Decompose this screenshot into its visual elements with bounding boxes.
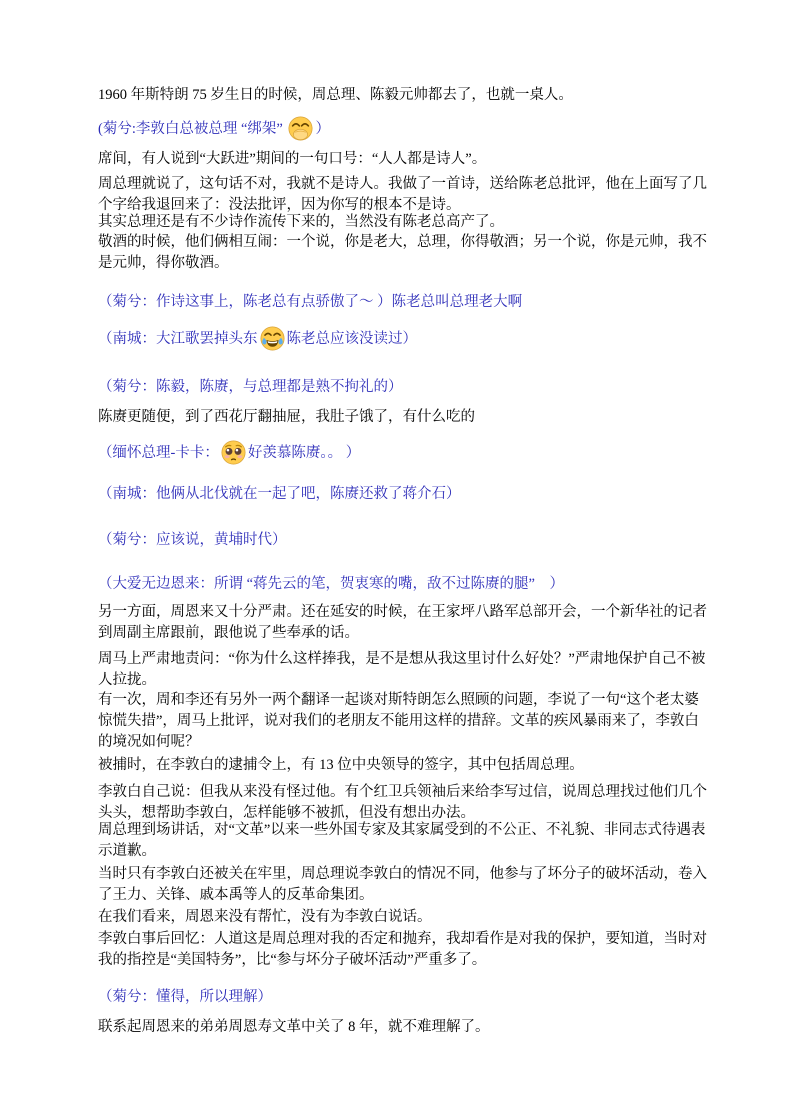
reader-comment: （菊兮：懂得，所以理解） [98,987,712,1008]
paragraph: 另一方面，周恩来又十分严肃。还在延安的时候，在王家坪八路军总部开会，一个新华社的… [98,602,712,644]
pleading-face-emoji [220,439,247,466]
reader-comment: （南城：大江歌罢掉头东 陈老总应该没读过） [98,326,712,353]
comment-text: 好羡慕陈赓。。 ） [248,445,360,461]
comment-text: (菊兮:李敦白总被总理 “绑架” [98,121,286,137]
reader-comment: （菊兮：陈毅，陈赓，与总理都是熟不拘礼的） [98,377,712,398]
reader-comment: （大爱无边恩来：所谓 “蒋先云的笔，贺衷寒的嘴，敌不过陈赓的腿” ） [98,574,712,595]
document-page: 1960 年斯特朗 75 岁生日的时候，周总理、陈毅元帅都去了，也就一桌人。 (… [0,0,800,1100]
paragraph: 敬酒的时候，他们俩相互闹：一个说，你是老大，总理，你得敬酒；另一个说，你是元帅，… [98,232,712,274]
paragraph: 有一次，周和李还有另外一两个翻译一起谈对斯特朗怎么照顾的问题，李说了一句“这个老… [98,690,712,753]
face-with-hand-over-mouth-emoji [287,115,314,142]
paragraph: 在我们看来，周恩来没有帮忙，没有为李敦白说话。 [98,907,712,928]
reader-comment: （缅怀总理-卡卡： 好羡慕陈赓。。 ） [98,440,712,467]
reader-comment: （菊兮：应该说，黄埔时代） [98,530,712,551]
paragraph: 周总理就说了，这句话不对，我就不是诗人。我做了一首诗，送给陈老总批评，他在上面写… [98,174,712,216]
paragraph: 当时只有李敦白还被关在牢里，周总理说李敦白的情况不同，他参与了坏分子的破坏活动，… [98,864,712,906]
comment-text: （南城：大江歌罢掉头东 [98,331,258,347]
paragraph: 被捕时，在李敦白的逮捕令上，有 13 位中央领导的签字，其中包括周总理。 [98,755,712,776]
paragraph: 其实总理还是有不少诗作流传下来的，当然没有陈老总高产了。 [98,212,712,233]
comment-text: 陈老总应该没读过） [287,331,418,347]
comment-text: ） [315,121,330,137]
reader-comment: （南城：他俩从北伐就在一起了吧，陈赓还救了蒋介石） [98,484,712,505]
comment-text: （缅怀总理-卡卡： [98,445,219,461]
reader-comment: （菊兮：作诗这事上，陈老总有点骄傲了～ ）陈老总叫总理老大啊 [98,292,712,313]
paragraph: 周马上严肃地责问：“你为什么这样捧我，是不是想从我这里讨什么好处？”严肃地保护自… [98,649,712,691]
paragraph: 联系起周恩来的弟弟周恩寿文革中关了 8 年，就不难理解了。 [98,1017,712,1038]
paragraph: 席间，有人说到“大跃进”期间的一句口号：“人人都是诗人”。 [98,149,712,170]
paragraph: 李敦白自己说：但我从来没有怪过他。有个红卫兵领袖后来给李写过信，说周总理找过他们… [98,782,712,824]
paragraph: 1960 年斯特朗 75 岁生日的时候，周总理、陈毅元帅都去了，也就一桌人。 [98,85,712,106]
face-with-tears-of-joy-emoji [259,325,286,352]
reader-comment: (菊兮:李敦白总被总理 “绑架” ） [98,116,712,143]
paragraph: 李敦白事后回忆：人道这是周总理对我的否定和抛弃，我却看作是对我的保护，要知道，当… [98,929,712,971]
paragraph: 周总理到场讲话，对“文革”以来一些外国专家及其家属受到的不公正、不礼貌、非同志式… [98,820,712,862]
paragraph: 陈赓更随便，到了西花厅翻抽屉，我肚子饿了，有什么吃的 [98,407,712,428]
